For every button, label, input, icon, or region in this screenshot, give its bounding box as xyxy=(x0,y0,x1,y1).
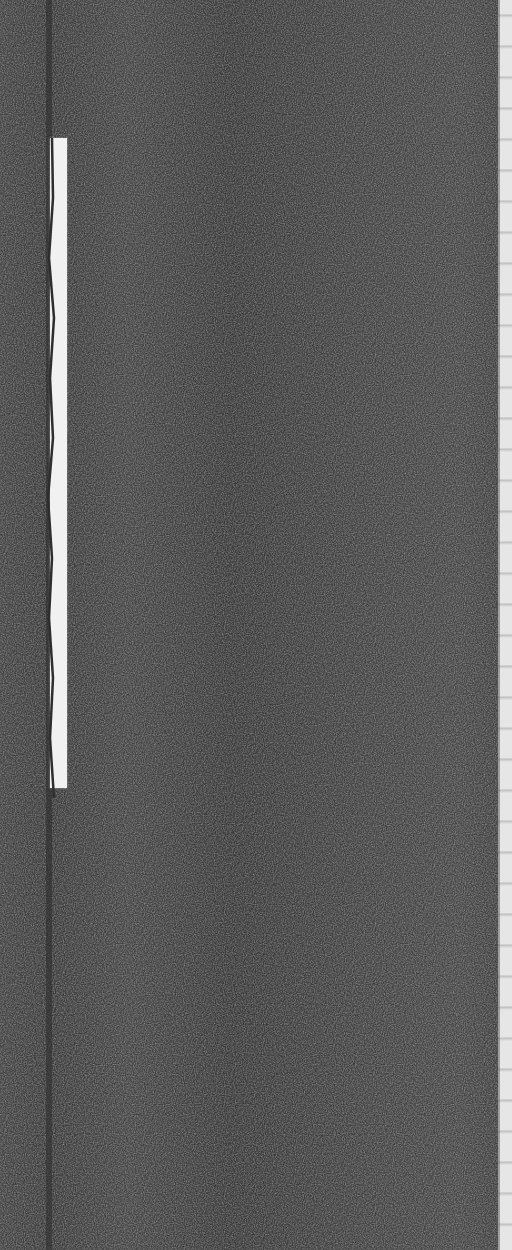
edge-line-marking xyxy=(498,0,512,1250)
asphalt-texture xyxy=(0,0,512,1250)
road-surface xyxy=(0,0,512,1250)
lane-marking-wear xyxy=(44,138,58,798)
